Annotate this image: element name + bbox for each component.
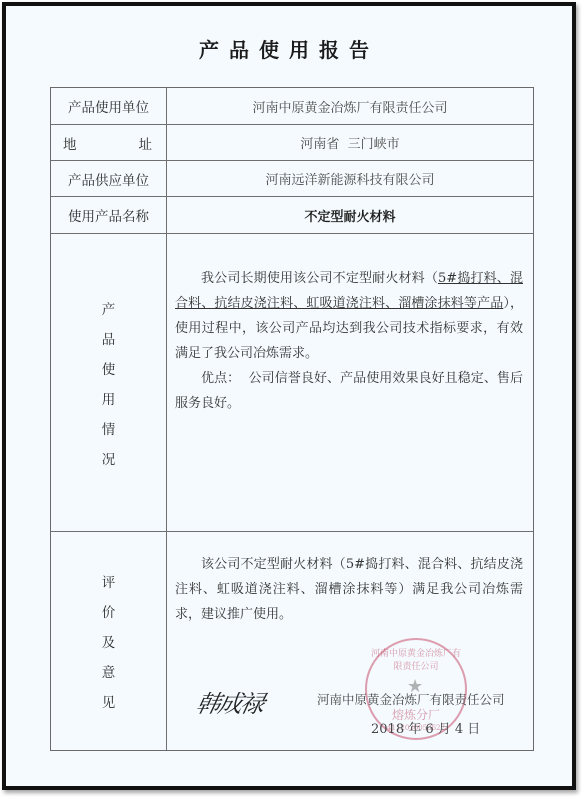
row-product-name: 使用产品名称 不定型耐火材料 xyxy=(51,197,533,234)
label-char: 价 xyxy=(102,601,116,621)
row-supplier: 产品供应单位 河南远洋新能源科技有限公司 xyxy=(51,161,533,197)
label-usage: 产 品 使 用 情 况 xyxy=(51,234,167,531)
label-char: 品 xyxy=(102,328,116,348)
label-char: 况 xyxy=(102,448,116,468)
label-char: 及 xyxy=(102,631,116,651)
row-usage: 产 品 使 用 情 况 我公司长期使用该公司不定型耐火材料（5#捣打料、混合料、… xyxy=(51,234,533,532)
label-char: 意 xyxy=(102,661,116,681)
evaluation-paragraph: 该公司不定型耐火材料（5#捣打料、混合料、抗结皮浇注料、虹吸道浇注料、溜槽涂抹料… xyxy=(175,552,523,627)
label-char: 见 xyxy=(102,691,116,711)
handwritten-signature: 韩成禄 xyxy=(193,684,266,719)
row-user-unit: 产品使用单位 河南中原黄金冶炼厂有限责任公司 xyxy=(51,88,533,125)
signature-area: 河南中原黄金冶炼厂有限责任公司 ★ 熔炼分厂 4112030053627 韩成禄… xyxy=(167,670,533,750)
label-user-unit: 产品使用单位 xyxy=(51,88,167,124)
value-product-name: 不定型耐火材料 xyxy=(167,197,533,233)
label-char: 评 xyxy=(102,571,116,591)
label-char: 使 xyxy=(102,358,116,378)
label-address: 地 址 xyxy=(51,125,167,160)
label-char: 用 xyxy=(102,388,116,408)
label-supplier: 产品供应单位 xyxy=(51,161,167,196)
label-product-name: 使用产品名称 xyxy=(51,197,167,233)
label-char: 产 xyxy=(102,298,116,318)
value-address: 河南省 三门峡市 xyxy=(167,125,533,160)
usage-paragraph-2: 优点： 公司信誉良好、产品使用效果良好且稳定、售后服务良好。 xyxy=(175,366,523,416)
row-address: 地 址 河南省 三门峡市 xyxy=(51,125,533,161)
row-evaluation: 评 价 及 意 见 该公司不定型耐火材料（5#捣打料、混合料、抗结皮浇注料、虹吸… xyxy=(51,532,533,750)
value-supplier: 河南远洋新能源科技有限公司 xyxy=(167,161,533,196)
signing-company: 河南中原黄金冶炼厂有限责任公司 xyxy=(317,690,505,708)
usage-text: 我公司长期使用该公司不定型耐火材料（5#捣打料、混合料、抗结皮浇注料、虹吸道浇注… xyxy=(175,266,523,416)
document-frame: 产品使用报告 产品使用单位 河南中原黄金冶炼厂有限责任公司 地 址 河南省 三门… xyxy=(2,2,576,790)
label-evaluation: 评 价 及 意 见 xyxy=(51,532,167,750)
report-table: 产品使用单位 河南中原黄金冶炼厂有限责任公司 地 址 河南省 三门峡市 产品供应… xyxy=(50,87,534,751)
value-user-unit: 河南中原黄金冶炼厂有限责任公司 xyxy=(167,88,533,124)
label-address-right: 址 xyxy=(139,133,153,153)
usage-paragraph-1: 我公司长期使用该公司不定型耐火材料（5#捣打料、混合料、抗结皮浇注料、虹吸道浇注… xyxy=(175,266,523,366)
seal-top-text: 河南中原黄金冶炼厂有限责任公司 xyxy=(367,646,465,672)
document-title: 产品使用报告 xyxy=(6,34,572,63)
label-address-left: 地 xyxy=(63,133,77,153)
signing-date: 2018 年 6 月 4 日 xyxy=(371,718,480,737)
label-char: 情 xyxy=(102,418,116,438)
evaluation-text: 该公司不定型耐火材料（5#捣打料、混合料、抗结皮浇注料、虹吸道浇注料、溜槽涂抹料… xyxy=(175,552,523,627)
